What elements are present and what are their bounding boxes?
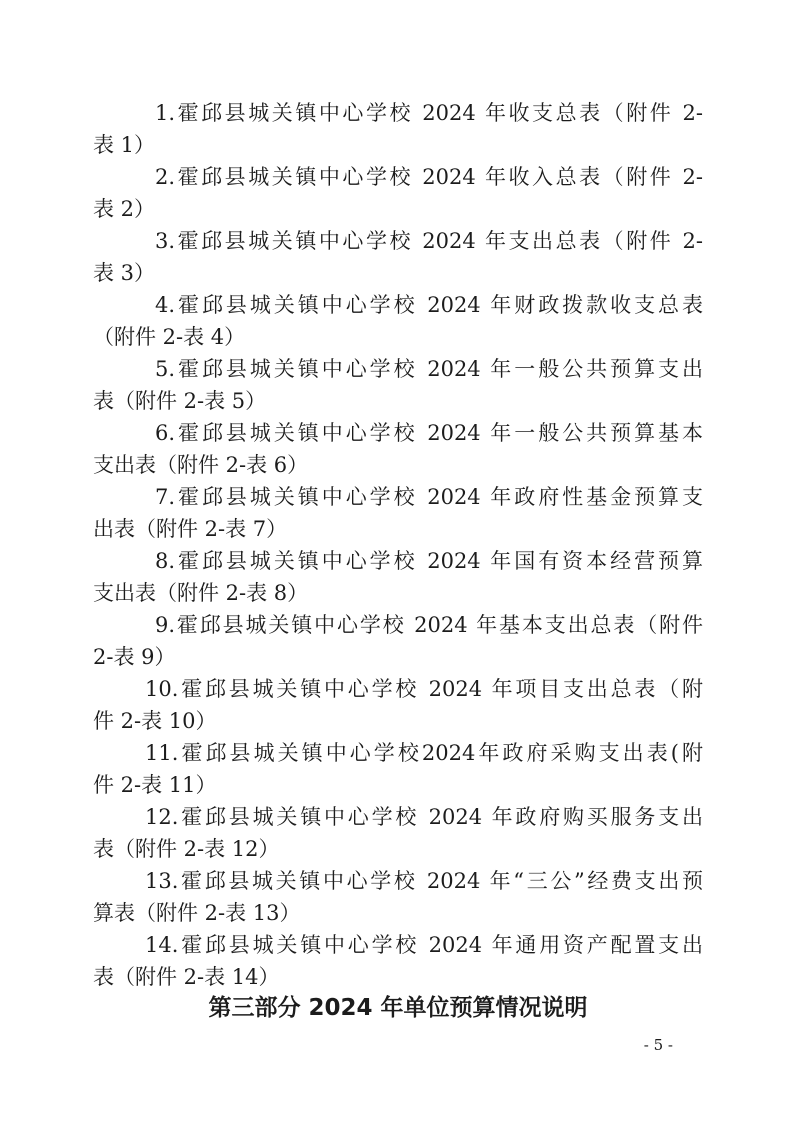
toc-item: 12.霍邱县城关镇中心学校 2024 年政府购买服务支出 表（附件 2-表 12…: [93, 801, 703, 865]
toc-item-line: 表 2）: [93, 193, 703, 225]
toc-item-line: 2.霍邱县城关镇中心学校 2024 年收入总表（附件 2-: [93, 161, 703, 193]
toc-item-line: 11.霍邱县城关镇中心学校2024年政府采购支出表(附: [93, 737, 703, 769]
toc-item-line: 件 2-表 10）: [93, 705, 703, 737]
section-heading: 第三部分 2024 年单位预算情况说明: [93, 993, 703, 1023]
toc-item: 6.霍邱县城关镇中心学校 2024 年一般公共预算基本 支出表（附件 2-表 6…: [93, 417, 703, 481]
toc-item-line: 7.霍邱县城关镇中心学校 2024 年政府性基金预算支: [93, 481, 703, 513]
toc-item: 4.霍邱县城关镇中心学校 2024 年财政拨款收支总表 （附件 2-表 4）: [93, 289, 703, 353]
toc-item-line: 5.霍邱县城关镇中心学校 2024 年一般公共预算支出: [93, 353, 703, 385]
toc-item-line: 12.霍邱县城关镇中心学校 2024 年政府购买服务支出: [93, 801, 703, 833]
toc-item-line: 1.霍邱县城关镇中心学校 2024 年收支总表（附件 2-: [93, 97, 703, 129]
toc-item: 5.霍邱县城关镇中心学校 2024 年一般公共预算支出 表（附件 2-表 5）: [93, 353, 703, 417]
toc-item: 2.霍邱县城关镇中心学校 2024 年收入总表（附件 2- 表 2）: [93, 161, 703, 225]
toc-item-line: 表 3）: [93, 257, 703, 289]
document-body: 1.霍邱县城关镇中心学校 2024 年收支总表（附件 2- 表 1） 2.霍邱县…: [93, 97, 703, 1055]
toc-item: 13.霍邱县城关镇中心学校 2024 年“三公”经费支出预 算表（附件 2-表 …: [93, 865, 703, 929]
toc-item-line: 出表（附件 2-表 7）: [93, 513, 703, 545]
toc-item: 10.霍邱县城关镇中心学校 2024 年项目支出总表（附 件 2-表 10）: [93, 673, 703, 737]
toc-item-line: 件 2-表 11）: [93, 769, 703, 801]
toc-item-line: 3.霍邱县城关镇中心学校 2024 年支出总表（附件 2-: [93, 225, 703, 257]
toc-item-line: 4.霍邱县城关镇中心学校 2024 年财政拨款收支总表: [93, 289, 703, 321]
toc-item-line: 13.霍邱县城关镇中心学校 2024 年“三公”经费支出预: [93, 865, 703, 897]
document-page: 1.霍邱县城关镇中心学校 2024 年收支总表（附件 2- 表 1） 2.霍邱县…: [0, 0, 793, 1122]
toc-item-line: 表（附件 2-表 5）: [93, 385, 703, 417]
toc-item-line: （附件 2-表 4）: [93, 321, 703, 353]
toc-item: 7.霍邱县城关镇中心学校 2024 年政府性基金预算支 出表（附件 2-表 7）: [93, 481, 703, 545]
toc-item-line: 算表（附件 2-表 13）: [93, 897, 703, 929]
toc-item-line: 10.霍邱县城关镇中心学校 2024 年项目支出总表（附: [93, 673, 703, 705]
toc-item-line: 9.霍邱县城关镇中心学校 2024 年基本支出总表（附件: [93, 609, 703, 641]
toc-item-line: 表（附件 2-表 12）: [93, 833, 703, 865]
toc-item-line: 6.霍邱县城关镇中心学校 2024 年一般公共预算基本: [93, 417, 703, 449]
toc-item: 11.霍邱县城关镇中心学校2024年政府采购支出表(附 件 2-表 11）: [93, 737, 703, 801]
toc-item-line: 8.霍邱县城关镇中心学校 2024 年国有资本经营预算: [93, 545, 703, 577]
toc-item-line: 14.霍邱县城关镇中心学校 2024 年通用资产配置支出: [93, 929, 703, 961]
toc-item-line: 2-表 9）: [93, 641, 703, 673]
toc-item-line: 表（附件 2-表 14）: [93, 961, 703, 993]
toc-item: 8.霍邱县城关镇中心学校 2024 年国有资本经营预算 支出表（附件 2-表 8…: [93, 545, 703, 609]
toc-item: 14.霍邱县城关镇中心学校 2024 年通用资产配置支出 表（附件 2-表 14…: [93, 929, 703, 993]
toc-item-line: 支出表（附件 2-表 8）: [93, 577, 703, 609]
toc-item: 1.霍邱县城关镇中心学校 2024 年收支总表（附件 2- 表 1）: [93, 97, 703, 161]
toc-item: 3.霍邱县城关镇中心学校 2024 年支出总表（附件 2- 表 3）: [93, 225, 703, 289]
toc-item-line: 支出表（附件 2-表 6）: [93, 449, 703, 481]
toc-item-line: 表 1）: [93, 129, 703, 161]
toc-item: 9.霍邱县城关镇中心学校 2024 年基本支出总表（附件 2-表 9）: [93, 609, 703, 673]
page-number: - 5 -: [93, 1035, 703, 1055]
